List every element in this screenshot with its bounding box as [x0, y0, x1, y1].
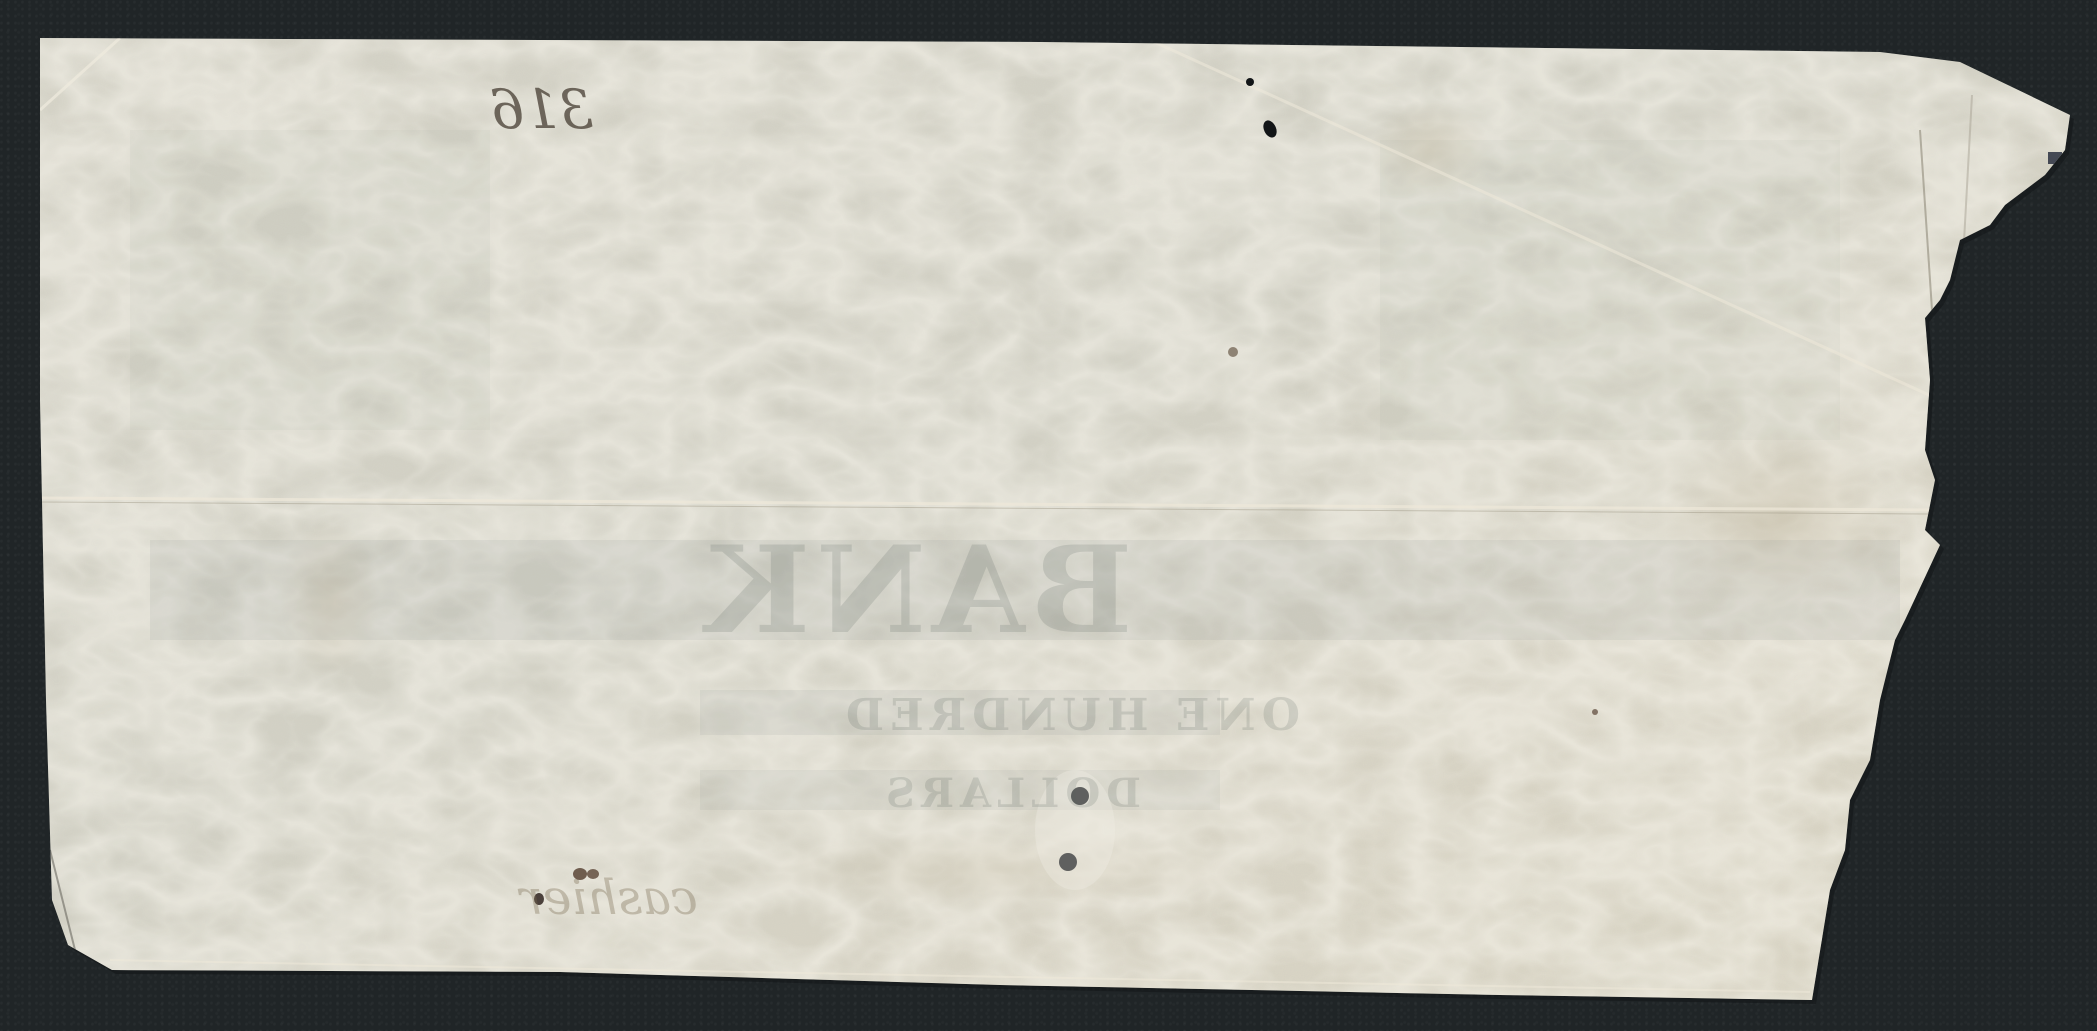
banknote-paper: [0, 0, 2097, 1031]
ink-spot: [1228, 347, 1238, 357]
signature-scrawl: cashier: [520, 870, 698, 926]
handwritten-number: 316: [490, 78, 593, 141]
hole: [1246, 78, 1254, 86]
banknote-scene: [0, 0, 2097, 1031]
